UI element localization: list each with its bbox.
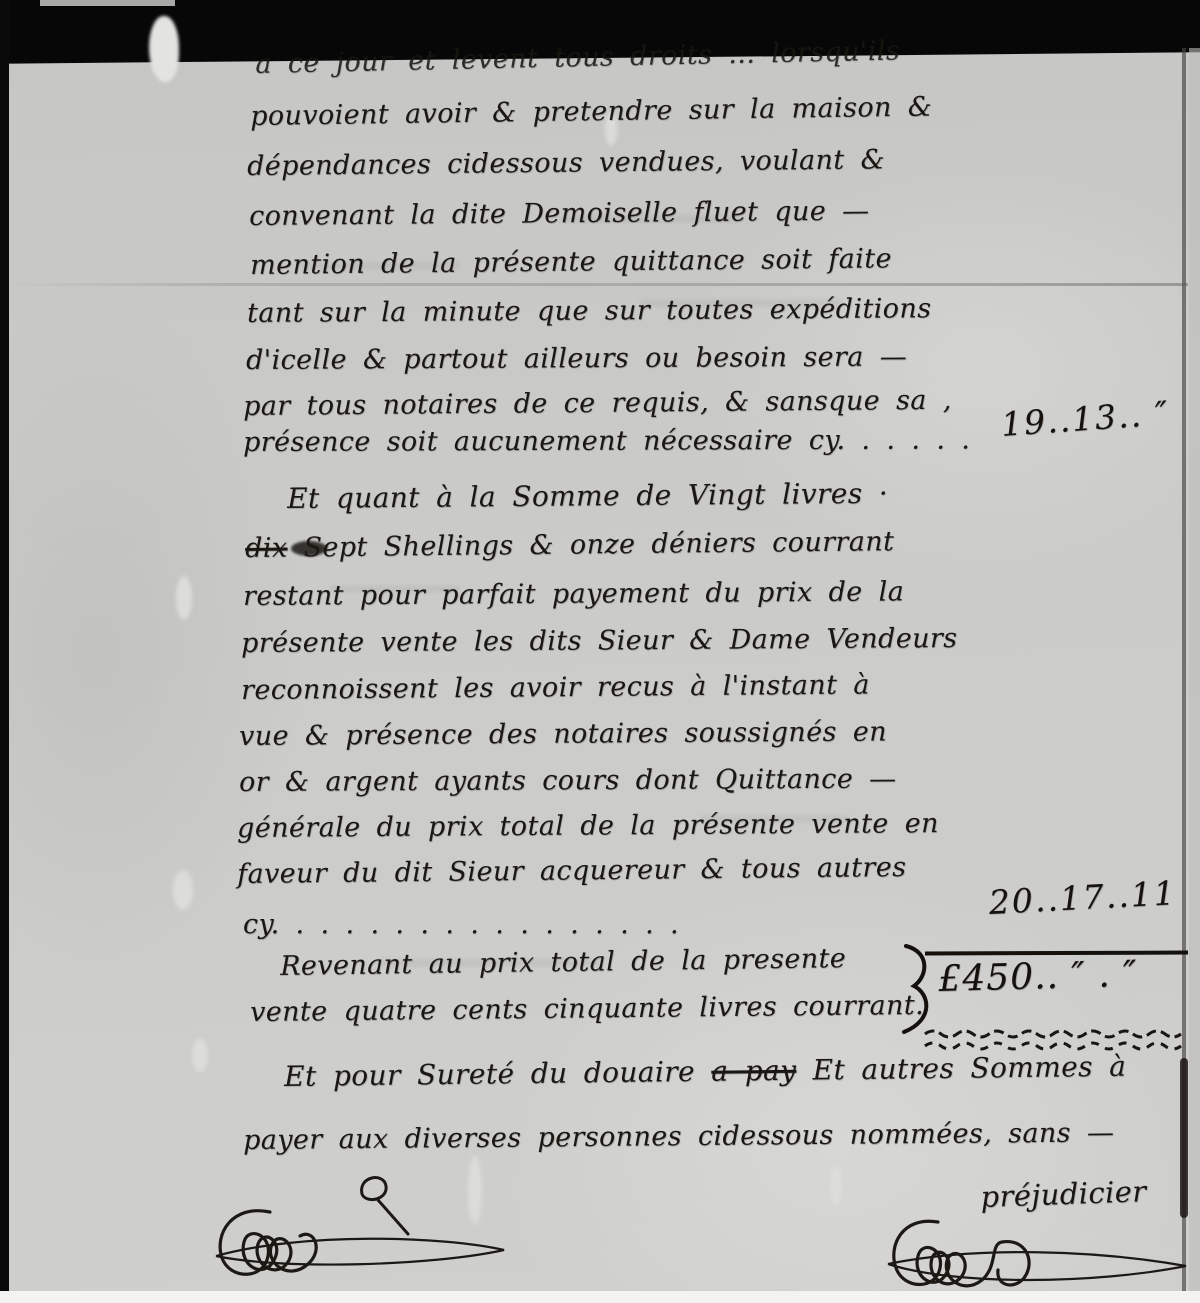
scanner-black-band-left [0, 0, 9, 1292]
manuscript-line: convenant la dite Demoiselle fluet que — [249, 197, 870, 232]
manuscript-line: mention de la présente quittance soit fa… [250, 244, 892, 280]
notary-paraph-left [212, 1168, 542, 1294]
manuscript-line: reconnoissent les avoir recus à l'instan… [241, 671, 870, 706]
manuscript-line: Et pour Sureté du douaire a pay Et autre… [284, 1052, 1127, 1093]
manuscript-line: faveur du dit Sieur acquereur & tous aut… [237, 853, 907, 890]
manuscript-line: restant pour parfait payement du prix de… [243, 577, 904, 611]
scanner-band-sliver [40, 0, 175, 6]
manuscript-line-text: Et autres Sommes à [796, 1050, 1126, 1087]
paper-edge-right [1189, 48, 1200, 1291]
ink-blot-right-edge [1180, 1058, 1188, 1218]
paper-spot [830, 1166, 842, 1206]
manuscript-line: d'icelle & partout ailleurs ou besoin se… [246, 343, 907, 376]
paper-chip-tear [149, 16, 179, 82]
manuscript-line-text: Sept Shellings & onze déniers courrant [287, 526, 894, 563]
total-amount: £450.. ″ . ″ [938, 957, 1138, 998]
margin-figure-19-13: 19..13.. ″ [1000, 396, 1171, 441]
notary-paraph-right [886, 1206, 1198, 1302]
paper-spot [173, 870, 193, 910]
manuscript-line: générale du prix total de la présente ve… [237, 809, 939, 844]
manuscript-line: présence soit aucunement nécessaire cy. … [243, 425, 970, 457]
manuscript-line: Revenant au prix total de la presente [280, 944, 846, 982]
double-wavy-rule [925, 1026, 1193, 1054]
manuscript-line: cy. . . . . . . . . . . . . . . . . [243, 910, 679, 940]
brace-mark [896, 944, 942, 1034]
struck-word: dix [245, 533, 288, 564]
manuscript-line: dépendances cidessous vendues, voulant & [247, 145, 885, 181]
struck-word: a pay [711, 1054, 796, 1088]
manuscript-line: payer aux diverses personnes cidessous n… [243, 1118, 1114, 1155]
paper-spot [176, 576, 192, 620]
horizontal-fold-crease [0, 283, 1188, 286]
manuscript-line: vue & présence des notaires soussignés e… [239, 717, 887, 751]
manuscript-line: par tous notaires de ce requis, & sansqu… [243, 386, 952, 422]
manuscript-line: présente vente les dits Sieur & Dame Ven… [241, 624, 958, 659]
manuscript-line: Et quant à la Somme de Vingt livres · [287, 479, 888, 515]
manuscript-line-text: Et pour Sureté du douaire [284, 1055, 712, 1093]
manuscript-line: tant sur la minute que sur toutes expédi… [247, 294, 932, 328]
ink-smudge [291, 541, 327, 556]
manuscript-line: pouvoient avoir & pretendre sur la maiso… [250, 92, 932, 131]
margin-figure-20-17-11: 20..17..11 [988, 876, 1177, 919]
manuscript-page-scan: a ce jour et levent tous droits ... lors… [0, 0, 1200, 1303]
manuscript-line: dix Sept Shellings & onze déniers courra… [245, 527, 894, 563]
paper-spot [192, 1038, 208, 1072]
manuscript-line: vente quatre cents cinquante livres cour… [250, 991, 924, 1028]
manuscript-line: or & argent ayants cours dont Quittance … [239, 765, 897, 798]
sum-rule-line [925, 951, 1188, 956]
